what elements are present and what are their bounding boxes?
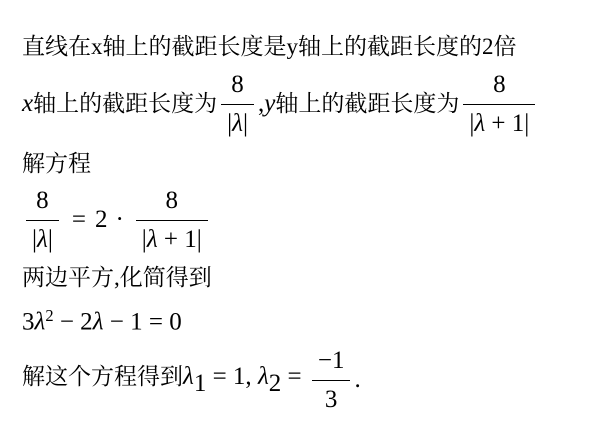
coefficient: 2 <box>95 206 108 233</box>
fraction-numerator: 8 <box>26 185 59 220</box>
exponent: 2 <box>45 306 53 325</box>
equation-line: 8 |λ| =2· 8 |λ + 1| <box>22 190 212 250</box>
fraction-denominator: |λ + 1| <box>463 105 535 139</box>
solution-line: 解这个方程得到λ1 = 1, λ2 = −1 3 . <box>22 352 361 408</box>
fraction-second-root: −1 3 <box>312 345 351 415</box>
fraction-numerator: 8 <box>463 69 535 104</box>
lambda-symbol: λ <box>35 309 46 336</box>
fraction-numerator: 8 <box>221 69 254 104</box>
plus-one-term: + 1 <box>485 110 524 137</box>
solve-equation-line: 解方程 <box>22 150 91 178</box>
period: . <box>354 364 360 395</box>
solution-text: 解这个方程得到 <box>22 364 183 389</box>
solution-text-group: 解这个方程得到λ1 = 1, λ2 = <box>22 361 308 399</box>
equation-middle: =2· <box>63 204 132 235</box>
x-intercept-label: x轴上的截距长度为 <box>22 88 217 119</box>
fraction-y-intercept: 8 |λ + 1| <box>463 69 535 139</box>
plus-one-term: + 1 <box>158 226 197 253</box>
lambda-symbol: λ <box>474 110 485 137</box>
y-intercept-label: ,y轴上的截距长度为 <box>258 88 459 119</box>
statement-text: 直线在x轴上的截距长度是y轴上的截距长度的2倍 <box>22 33 517 62</box>
math-solution-document: 直线在x轴上的截距长度是y轴上的截距长度的2倍 x轴上的截距长度为 8 |λ| … <box>0 0 611 430</box>
statement-line: 直线在x轴上的截距长度是y轴上的截距长度的2倍 <box>22 33 517 61</box>
fraction-lhs: 8 |λ| <box>26 185 59 255</box>
square-both-sides-text: 两边平方,化简得到 <box>22 264 212 293</box>
lambda-symbol: λ <box>258 363 269 390</box>
lambda-subscript-2: 2 <box>269 370 282 397</box>
var-y: y <box>264 90 275 117</box>
first-root: = 1, <box>206 363 258 390</box>
lambda-symbol: λ <box>183 363 194 390</box>
x-intercept-text: 轴上的截距长度为 <box>33 91 217 116</box>
abs-bar: | <box>243 110 248 137</box>
lambda-symbol: λ <box>93 309 104 336</box>
abs-bar: | <box>524 110 529 137</box>
quadratic-equation-line: 3λ2 − 2λ − 1 = 0 <box>22 305 182 339</box>
lambda-symbol: λ <box>37 226 48 253</box>
fraction-denominator: 3 <box>312 381 351 415</box>
quadratic-equation: 3λ2 − 2λ − 1 = 0 <box>22 306 182 338</box>
abs-bar: | <box>197 226 202 253</box>
middle-term: − 2 <box>54 309 93 336</box>
fraction-denominator: |λ + 1| <box>136 221 208 255</box>
cdot-operator: · <box>115 206 123 233</box>
square-both-sides-line: 两边平方,化简得到 <box>22 264 212 292</box>
lambda-symbol: λ <box>147 226 158 253</box>
equals-sign: = <box>281 363 308 390</box>
solve-equation-text: 解方程 <box>22 150 91 179</box>
y-intercept-text: 轴上的截距长度为 <box>275 91 459 116</box>
intercept-lengths-line: x轴上的截距长度为 8 |λ| ,y轴上的截距长度为 8 |λ + 1| <box>22 74 539 134</box>
fraction-denominator: |λ| <box>221 105 254 139</box>
var-x: x <box>22 90 33 117</box>
fraction-x-intercept: 8 |λ| <box>221 69 254 139</box>
equals-sign: = <box>72 206 86 233</box>
tail-term: − 1 = 0 <box>104 309 182 336</box>
lambda-subscript-1: 1 <box>194 370 207 397</box>
abs-bar: | <box>48 226 53 253</box>
fraction-rhs: 8 |λ + 1| <box>136 185 208 255</box>
fraction-numerator: 8 <box>136 185 208 220</box>
coefficient: 3 <box>22 309 35 336</box>
fraction-denominator: |λ| <box>26 221 59 255</box>
fraction-numerator: −1 <box>312 345 351 380</box>
lambda-symbol: λ <box>232 110 243 137</box>
